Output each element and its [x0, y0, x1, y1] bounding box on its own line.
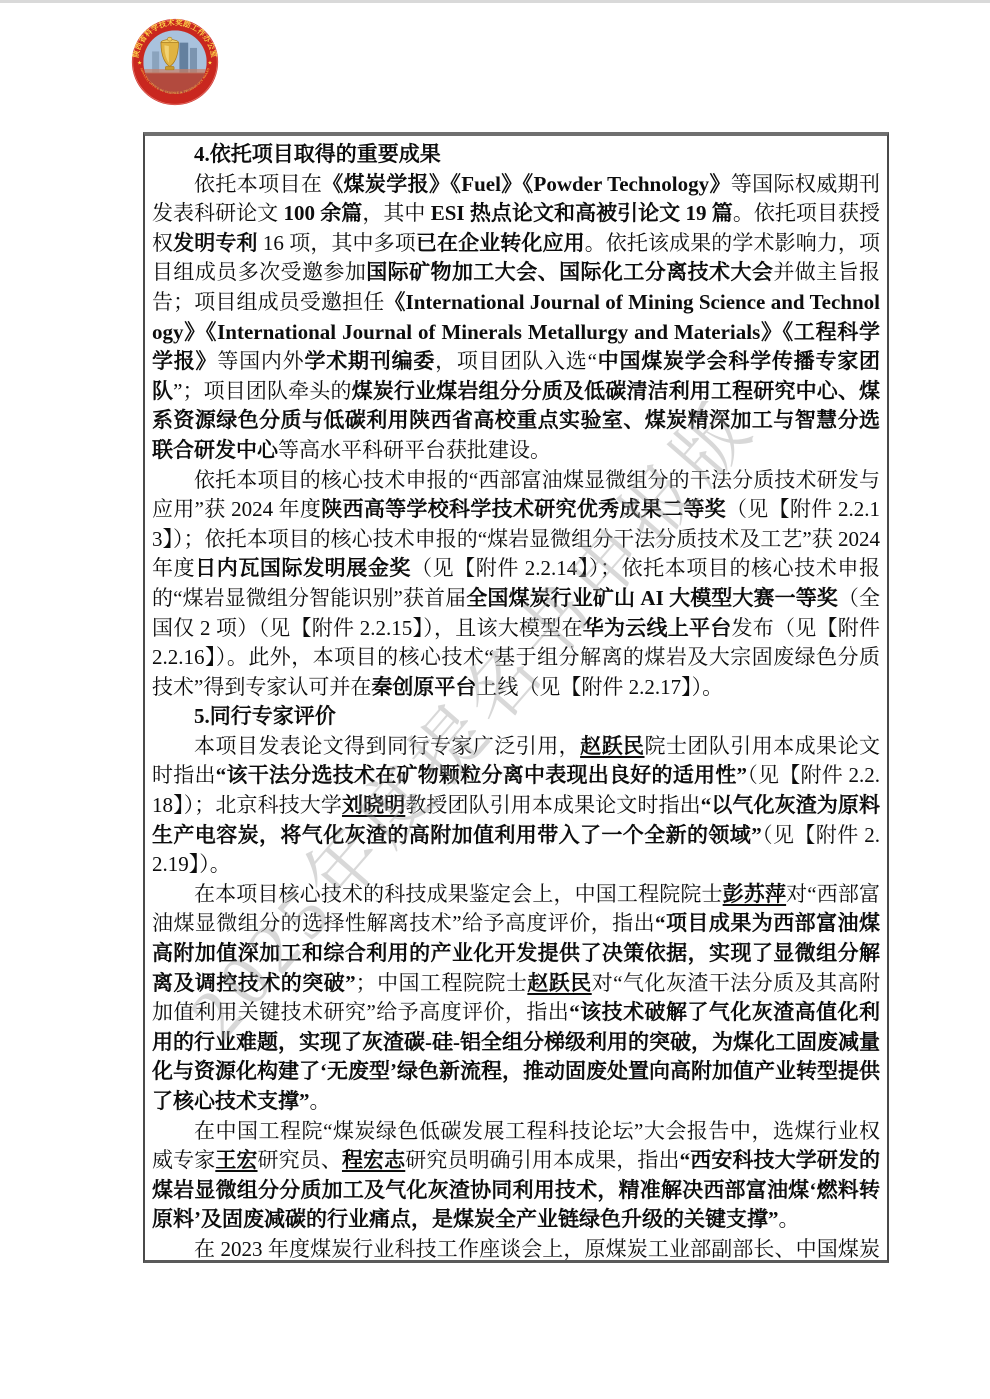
text-run: 在本项目核心技术的科技成果鉴定会上，中国工程院院士 — [194, 882, 723, 906]
text-run: 程宏志 — [342, 1148, 405, 1172]
text-run: 赵跃民 — [580, 734, 644, 758]
text-run: 5.同行专家评价 — [194, 704, 336, 728]
text-run: 王宏 — [215, 1148, 257, 1172]
section-heading: 5.同行专家评价 — [152, 702, 880, 732]
text-run: 依托本项目在 — [194, 172, 322, 196]
document-page: 陕西省科学技术奖励工作办公室 SHAANXI OFFICE OF SCIENCE… — [0, 0, 990, 1399]
text-run: 研究员明确引用本成果，指出 — [405, 1148, 679, 1172]
text-run: 发明专利 — [173, 231, 257, 255]
text-run: 赵跃民 — [527, 971, 591, 995]
text-run: 。 — [779, 1207, 800, 1231]
text-run: 研究员、 — [258, 1148, 342, 1172]
star-icon-left: ★ — [137, 61, 142, 67]
text-run: 《煤炭学报》《Fuel》《Powder Technology》 — [322, 172, 731, 196]
text-run: 刘晓明 — [342, 793, 405, 817]
text-run: 国际矿物加工大会、国际化工分离技术大会 — [366, 260, 773, 284]
text-run: 在 2023 年度煤炭行业科技工作座谈会上，原煤炭工业部副部长、中国煤炭工业协会… — [152, 1237, 880, 1263]
page-top-edge — [0, 0, 990, 3]
text-run: 华为云线上平台 — [583, 616, 732, 640]
paragraph: 在本项目核心技术的科技成果鉴定会上，中国工程院院士彭苏萍对“西部富油煤显微组分的… — [152, 880, 880, 1117]
text-run: 秦创原平台 — [371, 675, 476, 699]
paragraph: 在 2023 年度煤炭行业科技工作座谈会上，原煤炭工业部副部长、中国煤炭工业协会… — [152, 1235, 880, 1263]
text-run: ，其中 — [362, 201, 430, 225]
star-icon-right: ★ — [208, 61, 213, 67]
document-body: 4.依托项目取得的重要成果依托本项目在《煤炭学报》《Fuel》《Powder T… — [143, 132, 889, 1263]
section-heading: 4.依托项目取得的重要成果 — [152, 140, 880, 170]
paragraph: 依托本项目在《煤炭学报》《Fuel》《Powder Technology》等国际… — [152, 170, 880, 466]
text-run: ，项目团队入选“ — [435, 349, 597, 373]
text-run: 等国内外 — [217, 349, 304, 373]
text-run: ”；项目团队牵头的 — [173, 379, 351, 403]
text-run: 等高水平科研平台获批建设。 — [278, 438, 551, 462]
paragraph: 依托本项目的核心技术申报的“西部富油煤显微组分的干法分质技术研发与应用”获 20… — [152, 466, 880, 703]
seal-graphic: 陕西省科学技术奖励工作办公室 SHAANXI OFFICE OF SCIENCE… — [131, 18, 219, 106]
text-run: “该干法分选技术在矿物颗粒分离中表现出良好的适用性” — [216, 763, 747, 787]
text-run: 陕西高等学校科学技术研究优秀成果二等奖 — [321, 497, 726, 521]
text-run: 全国煤炭行业矿山 AI 大模型大赛一等奖 — [466, 586, 838, 610]
text-run: 学术期刊编委 — [304, 349, 435, 373]
text-run: 彭苏萍 — [723, 882, 786, 906]
text-run: 已在企业转化应用 — [416, 231, 585, 255]
text-run: 上线（见【附件 2.2.17】）。 — [476, 675, 723, 699]
text-run: 教授团队引用本成果论文时指出 — [405, 793, 700, 817]
text-run: 16 项，其中多项 — [258, 231, 416, 255]
text-run: ESI 热点论文和高被引论文 19 篇 — [431, 201, 733, 225]
text-run: 100 余篇 — [283, 201, 362, 225]
text-run: 日内瓦国际发明展金奖 — [195, 556, 411, 580]
award-office-seal: 陕西省科学技术奖励工作办公室 SHAANXI OFFICE OF SCIENCE… — [131, 18, 219, 106]
paragraph: 本项目发表论文得到同行专家广泛引用，赵跃民院士团队引用本成果论文时指出“该干法分… — [152, 732, 880, 880]
text-run: 本项目发表论文得到同行专家广泛引用， — [194, 734, 580, 758]
paragraph: 在中国工程院“煤炭绿色低碳发展工程科技论坛”大会报告中，选煤行业权威专家王宏研究… — [152, 1117, 880, 1235]
text-run: 4.依托项目取得的重要成果 — [194, 142, 441, 166]
text-run: 。 — [310, 1089, 331, 1113]
text-run: ；中国工程院院士 — [356, 971, 528, 995]
